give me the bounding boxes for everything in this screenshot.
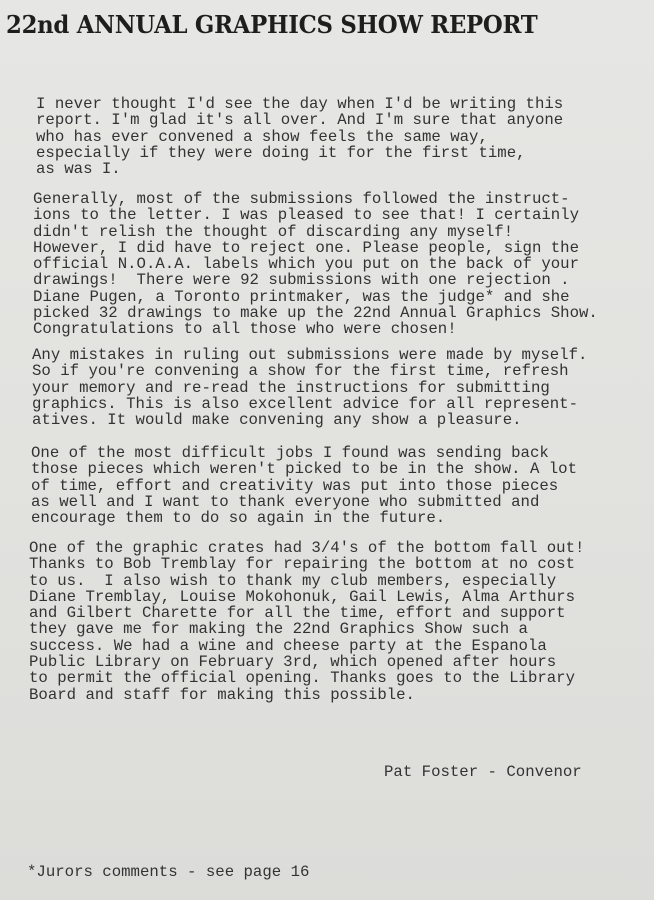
text-line: as well and I want to thank everyone who… [31,494,577,510]
paragraph-mistakes: Any mistakes in ruling out submissions w… [32,347,587,428]
text-line: success. We had a wine and cheese party … [29,638,584,654]
text-line: Thanks to Bob Tremblay for repairing the… [29,556,584,572]
text-line: didn't relish the thought of discarding … [33,224,598,240]
page-title: 22nd ANNUAL GRAPHICS SHOW REPORT [6,10,601,39]
text-line: One of the graphic crates had 3/4's of t… [29,540,584,556]
text-line: Public Library on February 3rd, which op… [29,654,584,670]
text-line: official N.O.A.A. labels which you put o… [33,256,598,272]
text-line: report. I'm glad it's all over. And I'm … [36,112,563,128]
text-line: they gave me for making the 22nd Graphic… [29,621,584,637]
text-line: as was I. [36,161,563,177]
text-line: However, I did have to reject one. Pleas… [33,240,598,256]
footnote: *Jurors comments - see page 16 [27,864,309,880]
text-line: picked 32 drawings to make up the 22nd A… [33,305,598,321]
signature: Pat Foster - Convenor [384,764,582,780]
text-line: who has ever convened a show feels the s… [36,129,563,145]
text-line: your memory and re-read the instructions… [32,380,587,396]
text-line: One of the most difficult jobs I found w… [31,445,577,461]
text-line: those pieces which weren't picked to be … [31,461,577,477]
document-page: 22nd ANNUAL GRAPHICS SHOW REPORT I never… [0,0,654,900]
text-line: and Gilbert Charette for all the time, e… [29,605,584,621]
paragraph-thanks: One of the graphic crates had 3/4's of t… [29,540,584,703]
text-line: Diane Tremblay, Louise Mokohonuk, Gail L… [29,589,584,605]
text-line: to permit the official opening. Thanks g… [29,670,584,686]
text-line: I never thought I'd see the day when I'd… [36,96,563,112]
paragraph-returns: One of the most difficult jobs I found w… [31,445,577,526]
paragraph-submissions: Generally, most of the submissions follo… [33,191,598,338]
text-line: So if you're convening a show for the fi… [32,363,587,379]
text-line: Diane Pugen, a Toronto printmaker, was t… [33,289,598,305]
text-line: drawings! There were 92 submissions with… [33,272,598,288]
text-line: atives. It would make convening any show… [32,412,587,428]
text-line: of time, effort and creativity was put i… [31,478,577,494]
text-line: encourage them to do so again in the fut… [31,510,577,526]
text-line: graphics. This is also excellent advice … [32,396,587,412]
text-line: Congratulations to all those who were ch… [33,321,598,337]
paragraph-intro: I never thought I'd see the day when I'd… [36,96,563,177]
text-line: to us. I also wish to thank my club memb… [29,573,584,589]
text-line: Board and staff for making this possible… [29,687,584,703]
text-line: Any mistakes in ruling out submissions w… [32,347,587,363]
text-line: Generally, most of the submissions follo… [33,191,598,207]
text-line: ions to the letter. I was pleased to see… [33,207,598,223]
text-line: especially if they were doing it for the… [36,145,563,161]
